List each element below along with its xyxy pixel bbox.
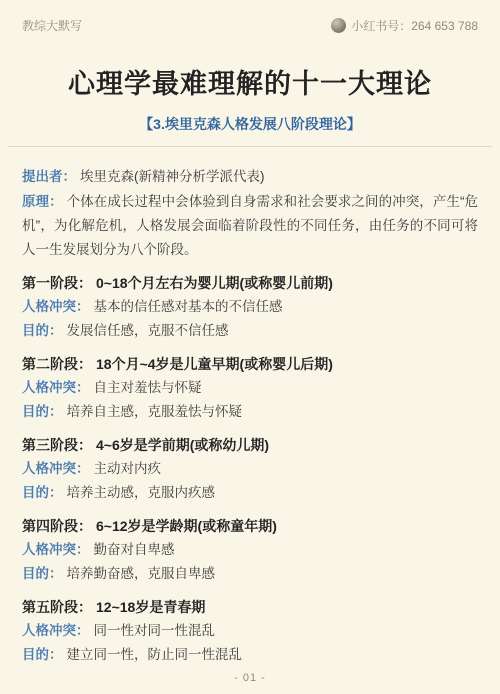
conflict-label: 人格冲突： bbox=[22, 299, 90, 314]
stage-label: 第四阶段： bbox=[22, 518, 92, 534]
stage-block-1: 第一阶段：0~18个月左右为婴儿期(或称婴儿前期) 人格冲突：基本的信任感对基本… bbox=[22, 271, 478, 343]
stage-heading: 第三阶段：4~6岁是学前期(或称幼儿期) bbox=[22, 433, 478, 457]
conflict-value: 勤奋对自卑感 bbox=[94, 542, 175, 557]
stage-block-5: 第五阶段：12~18岁是青春期 人格冲突：同一性对同一性混乱 目的：建立同一性，… bbox=[22, 595, 478, 667]
goal-line: 目的：发展信任感，克服不信任感 bbox=[22, 319, 478, 343]
goal-value: 建立同一性，防止同一性混乱 bbox=[67, 647, 243, 662]
account-info: 小红书号：264 653 788 bbox=[331, 17, 478, 34]
conflict-line: 人格冲突：主动对内疚 bbox=[22, 457, 478, 481]
conflict-label: 人格冲突： bbox=[22, 380, 90, 395]
page-subtitle: 【3.埃里克森人格发展八阶段理论】 bbox=[0, 114, 500, 134]
stage-desc: 4~6岁是学前期(或称幼儿期) bbox=[96, 437, 269, 453]
principle-value: 个体在成长过程中会体验到自身需求和社会要求之间的冲突，产生“危机”，为化解危机，… bbox=[22, 194, 478, 257]
goal-label: 目的： bbox=[22, 566, 63, 581]
goal-line: 目的：培养自主感，克服羞怯与怀疑 bbox=[22, 400, 478, 424]
conflict-line: 人格冲突：同一性对同一性混乱 bbox=[22, 619, 478, 643]
goal-value: 培养主动感，克服内疚感 bbox=[67, 485, 216, 500]
conflict-label: 人格冲突： bbox=[22, 623, 90, 638]
proposer-label: 提出者： bbox=[22, 169, 76, 184]
main-content: 提出者：埃里克森(新精神分析学派代表) 原理：个体在成长过程中会体验到自身需求和… bbox=[0, 147, 500, 667]
conflict-value: 主动对内疚 bbox=[94, 461, 162, 476]
goal-value: 发展信任感，克服不信任感 bbox=[67, 323, 229, 338]
goal-value: 培养自主感，克服羞怯与怀疑 bbox=[67, 404, 243, 419]
stage-heading: 第一阶段：0~18个月左右为婴儿期(或称婴儿前期) bbox=[22, 271, 478, 295]
conflict-line: 人格冲突：勤奋对自卑感 bbox=[22, 538, 478, 562]
page-title: 心理学最难理解的十一大理论 bbox=[0, 62, 500, 101]
account-id-text: 小红书号：264 653 788 bbox=[351, 17, 478, 34]
stage-desc: 0~18个月左右为婴儿期(或称婴儿前期) bbox=[96, 275, 333, 291]
stage-heading: 第四阶段：6~12岁是学龄期(或称童年期) bbox=[22, 514, 478, 538]
stage-desc: 12~18岁是青春期 bbox=[96, 599, 205, 615]
goal-label: 目的： bbox=[22, 647, 63, 662]
conflict-value: 自主对羞怯与怀疑 bbox=[94, 380, 202, 395]
stage-label: 第一阶段： bbox=[22, 275, 92, 291]
stage-block-3: 第三阶段：4~6岁是学前期(或称幼儿期) 人格冲突：主动对内疚 目的：培养主动感… bbox=[22, 433, 478, 505]
stage-block-4: 第四阶段：6~12岁是学龄期(或称童年期) 人格冲突：勤奋对自卑感 目的：培养勤… bbox=[22, 514, 478, 586]
principle-paragraph: 原理：个体在成长过程中会体验到自身需求和社会要求之间的冲突，产生“危机”，为化解… bbox=[22, 190, 478, 262]
conflict-label: 人格冲突： bbox=[22, 461, 90, 476]
stage-desc: 6~12岁是学龄期(或称童年期) bbox=[96, 518, 277, 534]
proposer-line: 提出者：埃里克森(新精神分析学派代表) bbox=[22, 165, 478, 189]
stage-heading: 第二阶段：18个月~4岁是儿童早期(或称婴儿后期) bbox=[22, 352, 478, 376]
top-bar: 教综大默写 小红书号：264 653 788 bbox=[0, 0, 500, 34]
watermark-left: 教综大默写 bbox=[22, 17, 82, 34]
stage-label: 第三阶段： bbox=[22, 437, 92, 453]
principle-label: 原理： bbox=[22, 194, 63, 209]
stage-label: 第五阶段： bbox=[22, 599, 92, 615]
goal-line: 目的：建立同一性，防止同一性混乱 bbox=[22, 643, 478, 667]
conflict-line: 人格冲突：基本的信任感对基本的不信任感 bbox=[22, 295, 478, 319]
stage-desc: 18个月~4岁是儿童早期(或称婴儿后期) bbox=[96, 356, 333, 372]
goal-label: 目的： bbox=[22, 404, 63, 419]
stage-block-2: 第二阶段：18个月~4岁是儿童早期(或称婴儿后期) 人格冲突：自主对羞怯与怀疑 … bbox=[22, 352, 478, 424]
goal-value: 培养勤奋感，克服自卑感 bbox=[67, 566, 216, 581]
goal-line: 目的：培养主动感，克服内疚感 bbox=[22, 481, 478, 505]
brand-logo-icon bbox=[331, 18, 346, 33]
goal-line: 目的：培养勤奋感，克服自卑感 bbox=[22, 562, 478, 586]
page-number: - 01 - bbox=[0, 672, 500, 684]
conflict-line: 人格冲突：自主对羞怯与怀疑 bbox=[22, 376, 478, 400]
conflict-value: 同一性对同一性混乱 bbox=[94, 623, 216, 638]
conflict-label: 人格冲突： bbox=[22, 542, 90, 557]
stage-label: 第二阶段： bbox=[22, 356, 92, 372]
goal-label: 目的： bbox=[22, 323, 63, 338]
goal-label: 目的： bbox=[22, 485, 63, 500]
proposer-value: 埃里克森(新精神分析学派代表) bbox=[80, 169, 265, 184]
conflict-value: 基本的信任感对基本的不信任感 bbox=[94, 299, 283, 314]
stage-heading: 第五阶段：12~18岁是青春期 bbox=[22, 595, 478, 619]
